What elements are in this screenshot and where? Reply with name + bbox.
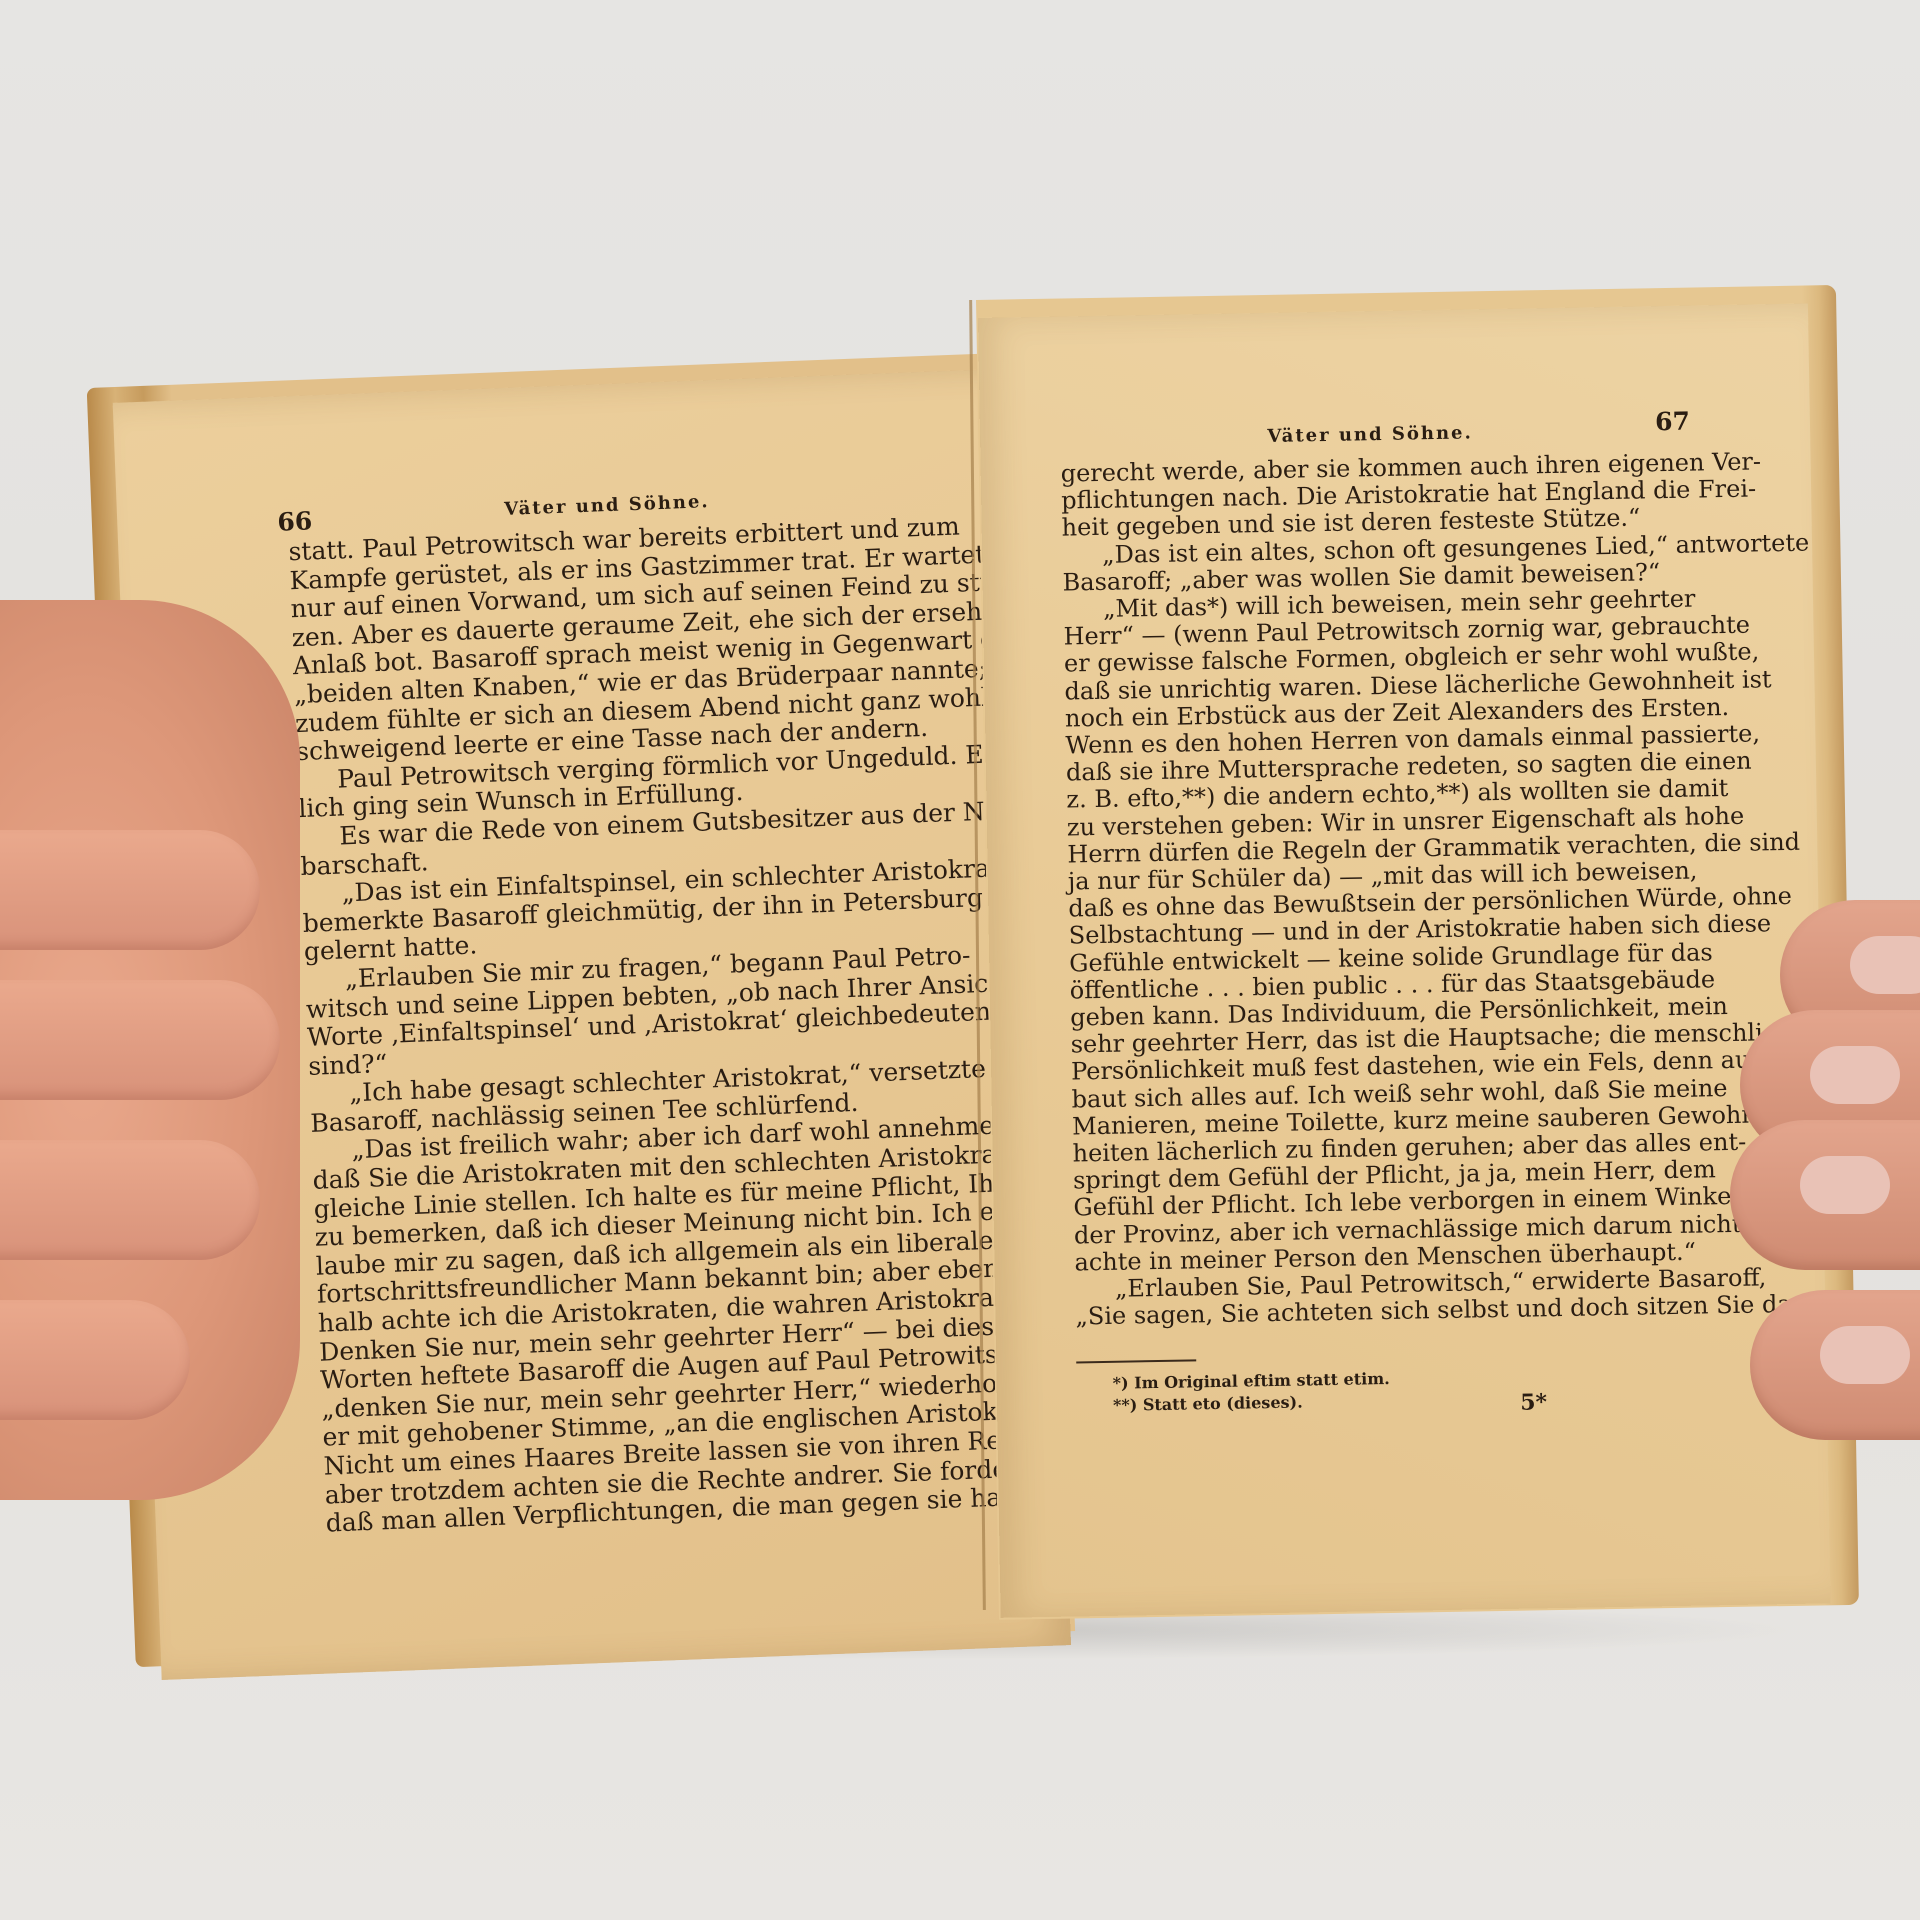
left-finger xyxy=(0,830,260,950)
right-finger xyxy=(1750,1290,1920,1440)
left-page-text: 66 Väter und Söhne. statt. Paul Petrowit… xyxy=(287,480,966,1539)
left-page-body: statt. Paul Petrowitsch war bereits erbi… xyxy=(288,514,966,1539)
left-hand xyxy=(0,600,300,1500)
fingernail xyxy=(1820,1326,1910,1384)
right-finger xyxy=(1730,1120,1920,1270)
right-page-body: gerecht werde, aber sie kommen auch ihre… xyxy=(1061,450,1696,1331)
fingernail xyxy=(1850,936,1920,994)
right-page-text: Väter und Söhne. 67 gerecht werde, aber … xyxy=(1060,416,1697,1417)
running-head-right: Väter und Söhne. xyxy=(1060,416,1680,454)
right-hand xyxy=(1740,900,1920,1520)
right-page: Väter und Söhne. 67 gerecht werde, aber … xyxy=(978,304,1831,1618)
fingernail xyxy=(1810,1046,1900,1104)
photo-scene: 66 Väter und Söhne. statt. Paul Petrowit… xyxy=(0,0,1920,1920)
page-number-right: 67 xyxy=(1655,408,1690,436)
left-finger xyxy=(0,1140,260,1260)
signature-mark: 5* xyxy=(1520,1389,1547,1417)
footnote-rule xyxy=(1076,1359,1196,1363)
left-finger xyxy=(0,980,280,1100)
left-finger xyxy=(0,1300,190,1420)
fingernail xyxy=(1800,1156,1890,1214)
